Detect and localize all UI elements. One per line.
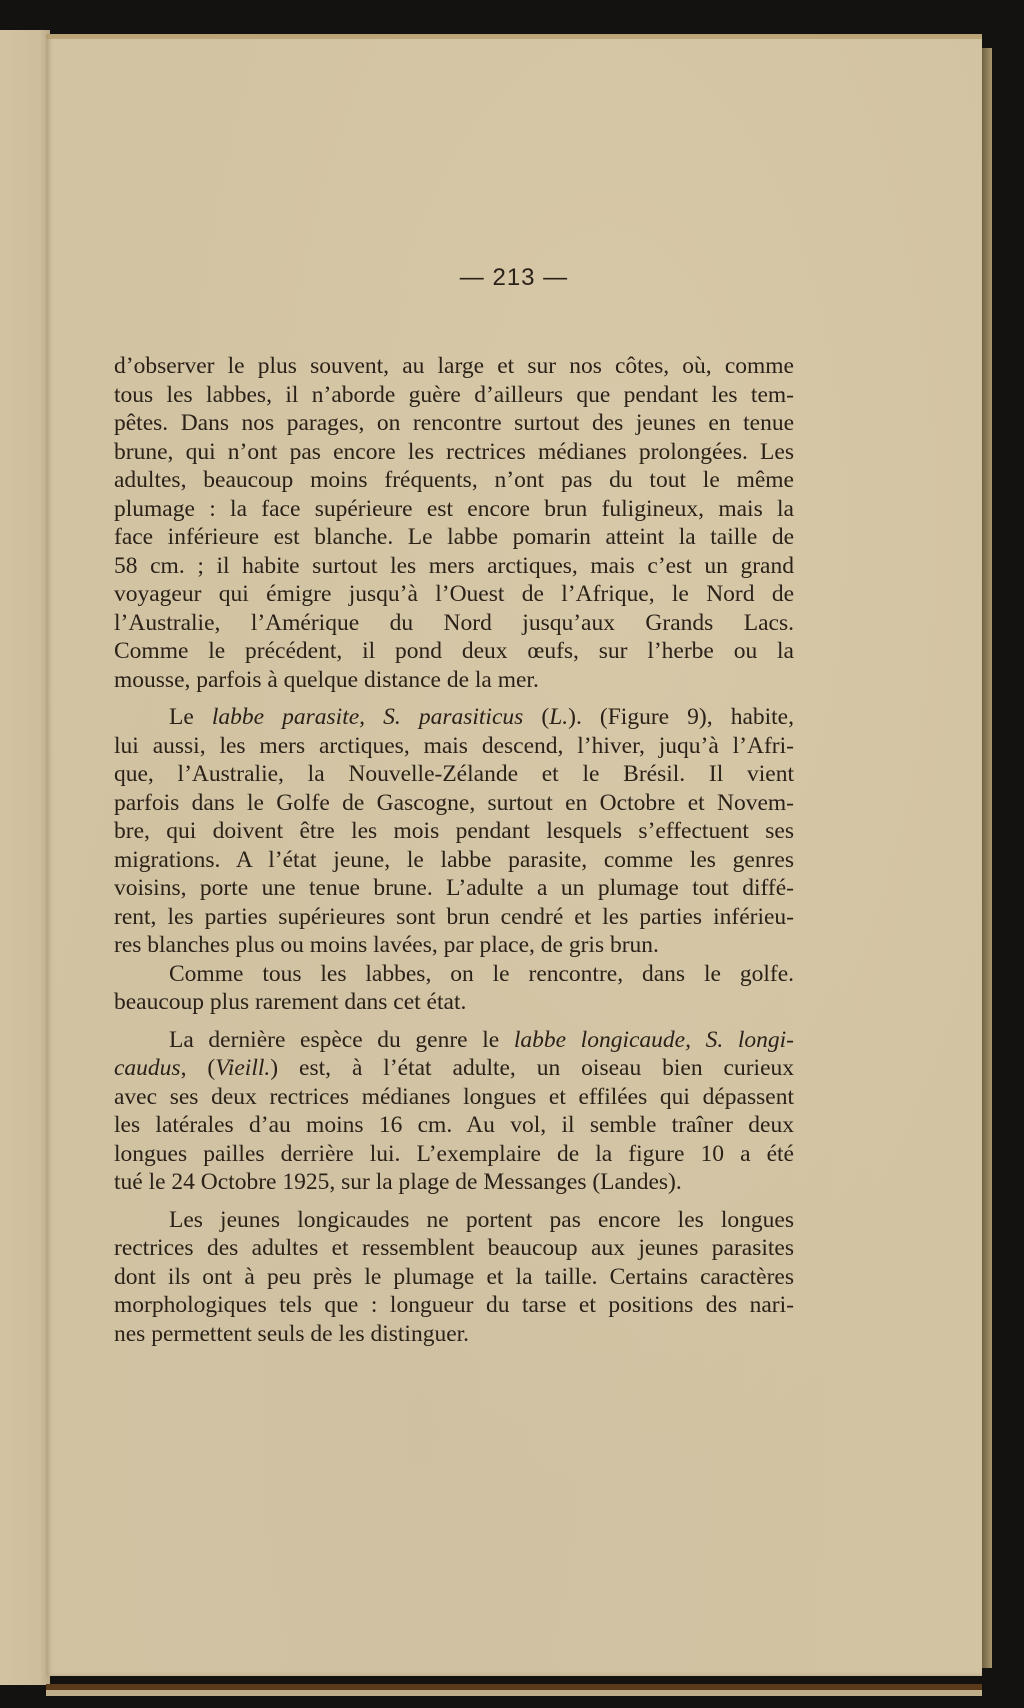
text-line: caudus, (Vieill.) est, à l’état adulte, … xyxy=(114,1054,794,1083)
text-line: les latérales d’au moins 16 cm. Au vol, … xyxy=(114,1111,794,1140)
text-line: parfois dans le Golfe de Gascogne, surto… xyxy=(114,789,794,818)
text-line: nes permettent seuls de les distinguer. xyxy=(114,1320,794,1349)
text-line: rent, les parties supérieures sont brun … xyxy=(114,903,794,932)
text-run: ) est, à l’état adulte, un oiseau bien c… xyxy=(270,1055,794,1081)
text-line: Le labbe parasite, S. parasiticus (L.). … xyxy=(114,703,794,732)
text-line: res blanches plus ou moins lavées, par p… xyxy=(114,931,794,960)
text-run: ). (Figure 9), habite, xyxy=(568,704,794,730)
paragraph-2: Le labbe parasite, S. parasiticus (L.). … xyxy=(114,703,794,960)
paragraph-3: Comme tous les labbes, on le rencontre, … xyxy=(114,960,794,1017)
paragraph-5: Les jeunes longicaudes ne portent pas en… xyxy=(114,1206,794,1349)
text-line: plumage : la face supérieure est encore … xyxy=(114,495,794,524)
page-top-edge xyxy=(46,34,982,39)
page-right-edge xyxy=(982,48,992,1668)
species-name-italic: labbe parasite, S. parasiticus xyxy=(212,704,523,730)
body-text: d’observer le plus souvent, au large et … xyxy=(114,352,794,1348)
text-line: Comme le précédent, il pond deux œufs, s… xyxy=(114,637,794,666)
text-line: face inférieure est blanche. Le labbe po… xyxy=(114,523,794,552)
text-line: l’Australie, l’Amérique du Nord jusqu’au… xyxy=(114,609,794,638)
text-line: lui aussi, les mers arctiques, mais desc… xyxy=(114,732,794,761)
author-abbrev-italic: L. xyxy=(549,704,568,730)
book-page: — 213 — d’observer le plus souvent, au l… xyxy=(46,34,982,1676)
author-abbrev-italic: Vieill. xyxy=(215,1055,270,1081)
text-line: beaucoup plus rarement dans cet état. xyxy=(114,988,794,1017)
text-run: La dernière espèce du genre le xyxy=(169,1027,514,1053)
text-line: pêtes. Dans nos parages, on rencontre su… xyxy=(114,409,794,438)
text-line: d’observer le plus souvent, au large et … xyxy=(114,352,794,381)
previous-page-edge xyxy=(0,30,50,1685)
text-run: Le xyxy=(169,704,212,730)
text-line: tué le 24 Octobre 1925, sur la plage de … xyxy=(114,1168,794,1197)
text-line: voyageur qui émigre jusqu’à l’Ouest de l… xyxy=(114,580,794,609)
text-line: Comme tous les labbes, on le rencontre, … xyxy=(114,960,794,989)
species-name-italic: labbe longicaude, S. longi- xyxy=(514,1027,794,1053)
text-line: mousse, parfois à quelque distance de la… xyxy=(114,666,794,695)
text-line: 58 cm. ; il habite surtout les mers arct… xyxy=(114,552,794,581)
text-line: dont ils ont à peu près le plumage et la… xyxy=(114,1263,794,1292)
text-line: tous les labbes, il n’aborde guère d’ail… xyxy=(114,381,794,410)
text-line: longues pailles derrière lui. L’exemplai… xyxy=(114,1140,794,1169)
text-run: ( xyxy=(523,704,549,730)
text-run: , ( xyxy=(181,1055,216,1081)
text-line: migrations. A l’état jeune, le labbe par… xyxy=(114,846,794,875)
text-line: brune, qui n’ont pas encore les rectrice… xyxy=(114,438,794,467)
text-line: avec ses deux rectrices médianes longues… xyxy=(114,1083,794,1112)
text-line: voisins, porte une tenue brune. L’adulte… xyxy=(114,874,794,903)
paragraph-4: La dernière espèce du genre le labbe lon… xyxy=(114,1026,794,1197)
species-name-italic: caudus xyxy=(114,1055,181,1081)
text-line: morphologiques tels que : longueur du ta… xyxy=(114,1291,794,1320)
text-line: La dernière espèce du genre le labbe lon… xyxy=(114,1026,794,1055)
text-line: bre, qui doivent être les mois pendant l… xyxy=(114,817,794,846)
text-line: adultes, beaucoup moins fréquents, n’ont… xyxy=(114,466,794,495)
paragraph-1: d’observer le plus souvent, au large et … xyxy=(114,352,794,694)
text-line: rectrices des adultes et ressemblent bea… xyxy=(114,1234,794,1263)
page-number: — 213 — xyxy=(46,264,982,292)
text-line: que, l’Australie, la Nouvelle-Zélande et… xyxy=(114,760,794,789)
page-bottom-edge-lower xyxy=(46,1690,982,1696)
text-line: Les jeunes longicaudes ne portent pas en… xyxy=(114,1206,794,1235)
